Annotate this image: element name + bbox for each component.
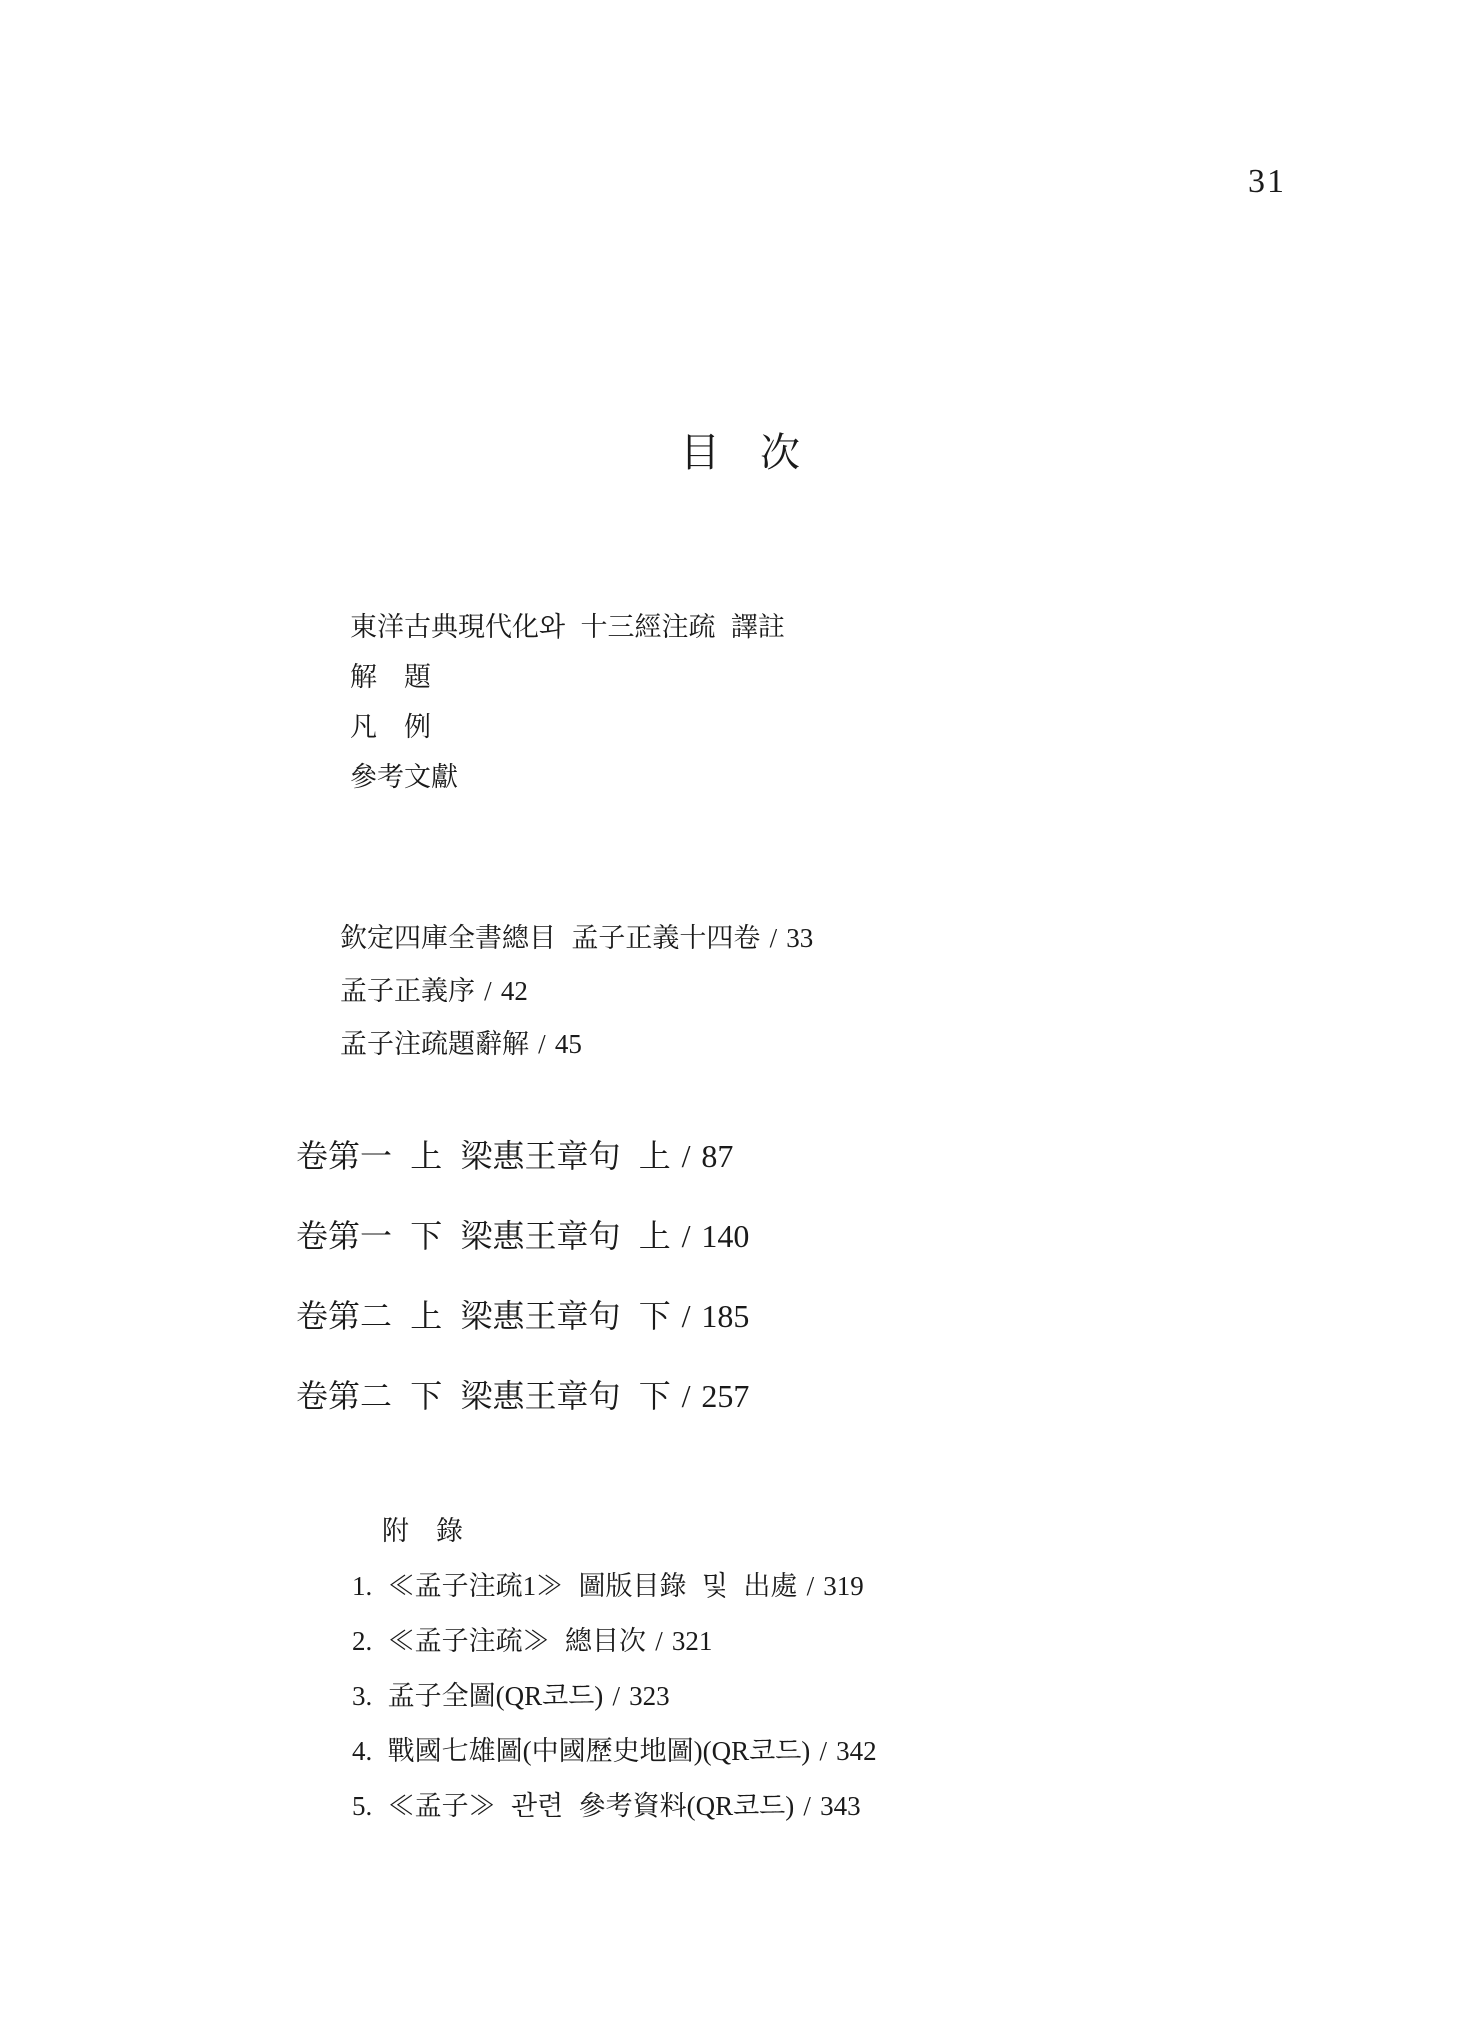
toc-entry: 3. 孟子全圖(QR코드)/323 xyxy=(352,1669,877,1724)
toc-separator: / xyxy=(603,1681,629,1711)
toc-separator: / xyxy=(671,1138,702,1174)
toc-entry-label: 卷第二 下 梁惠王章句 下 xyxy=(296,1378,671,1414)
page-number: 31 xyxy=(1248,163,1286,201)
toc-entry-page: 33 xyxy=(786,923,813,953)
toc-separator: / xyxy=(475,976,501,1006)
front-matter-line: 參考文獻 xyxy=(350,752,785,802)
toc-entry-page: 140 xyxy=(701,1218,749,1254)
page-title: 目 次 xyxy=(0,421,1480,478)
toc-separator: / xyxy=(646,1626,672,1656)
toc-entry: 2. ≪孟子注疏≫ 總目次/321 xyxy=(352,1614,877,1669)
toc-entry-label: 2. ≪孟子注疏≫ 總目次 xyxy=(352,1626,646,1656)
appendix-section: 附 錄 1. ≪孟子注疏1≫ 圖版目錄 및 出處/319 2. ≪孟子注疏≫ 總… xyxy=(352,1504,877,1834)
toc-entry-label: 孟子正義序 xyxy=(340,976,475,1006)
front-matter-section: 東洋古典現代化와 十三經注疏 譯註 解 題 凡 例 參考文獻 xyxy=(350,602,785,802)
toc-entry: 5. ≪孟子≫ 관련 參考資料(QR코드)/343 xyxy=(352,1779,877,1834)
toc-entry-page: 257 xyxy=(701,1378,749,1414)
toc-entry: 4. 戰國七雄圖(中國歷史地圖)(QR코드)/342 xyxy=(352,1724,877,1779)
toc-entry-label: 孟子注疏題辭解 xyxy=(340,1029,529,1059)
toc-entry-page: 343 xyxy=(820,1791,861,1821)
toc-separator: / xyxy=(671,1218,702,1254)
toc-entry-page: 342 xyxy=(836,1736,877,1766)
chapter-section: 卷第一 上 梁惠王章句 上/87 卷第一 下 梁惠王章句 上/140 卷第二 上… xyxy=(296,1116,749,1436)
toc-entry: 卷第一 上 梁惠王章句 上/87 xyxy=(296,1116,749,1196)
toc-entry: 卷第二 上 梁惠王章句 下/185 xyxy=(296,1276,749,1356)
toc-entry: 1. ≪孟子注疏1≫ 圖版目錄 및 出處/319 xyxy=(352,1559,877,1614)
toc-page: 31 目 次 東洋古典現代化와 十三經注疏 譯註 解 題 凡 例 參考文獻 欽定… xyxy=(0,0,1480,2024)
toc-separator: / xyxy=(760,923,786,953)
toc-entry-label: 欽定四庫全書總目 孟子正義十四卷 xyxy=(340,923,760,953)
toc-entry-label: 4. 戰國七雄圖(中國歷史地圖)(QR코드) xyxy=(352,1736,810,1766)
toc-entry-page: 319 xyxy=(823,1571,864,1601)
toc-separator: / xyxy=(794,1791,820,1821)
toc-entry: 卷第一 下 梁惠王章句 上/140 xyxy=(296,1196,749,1276)
toc-entry: 孟子注疏題辭解/45 xyxy=(340,1018,813,1071)
preliminary-section: 欽定四庫全書總目 孟子正義十四卷/33 孟子正義序/42 孟子注疏題辭解/45 xyxy=(340,912,813,1071)
front-matter-line: 解 題 xyxy=(350,652,785,702)
toc-entry-page: 323 xyxy=(629,1681,670,1711)
toc-entry: 欽定四庫全書總目 孟子正義十四卷/33 xyxy=(340,912,813,965)
toc-entry: 孟子正義序/42 xyxy=(340,965,813,1018)
toc-entry: 卷第二 下 梁惠王章句 下/257 xyxy=(296,1356,749,1436)
toc-entry-label: 卷第一 上 梁惠王章句 上 xyxy=(296,1138,671,1174)
toc-separator: / xyxy=(810,1736,836,1766)
toc-entry-label: 5. ≪孟子≫ 관련 參考資料(QR코드) xyxy=(352,1791,794,1821)
toc-separator: / xyxy=(671,1378,702,1414)
front-matter-line: 凡 例 xyxy=(350,702,785,752)
appendix-heading: 附 錄 xyxy=(352,1504,877,1559)
toc-separator: / xyxy=(797,1571,823,1601)
toc-entry-page: 185 xyxy=(701,1298,749,1334)
toc-entry-label: 卷第一 下 梁惠王章句 上 xyxy=(296,1218,671,1254)
toc-entry-page: 87 xyxy=(701,1138,733,1174)
toc-entry-page: 321 xyxy=(672,1626,713,1656)
toc-entry-label: 1. ≪孟子注疏1≫ 圖版目錄 및 出處 xyxy=(352,1571,797,1601)
toc-entry-label: 3. 孟子全圖(QR코드) xyxy=(352,1681,603,1711)
toc-separator: / xyxy=(529,1029,555,1059)
toc-separator: / xyxy=(671,1298,702,1334)
front-matter-line: 東洋古典現代化와 十三經注疏 譯註 xyxy=(350,602,785,652)
toc-entry-label: 卷第二 上 梁惠王章句 下 xyxy=(296,1298,671,1334)
toc-entry-page: 42 xyxy=(501,976,528,1006)
toc-entry-page: 45 xyxy=(555,1029,582,1059)
